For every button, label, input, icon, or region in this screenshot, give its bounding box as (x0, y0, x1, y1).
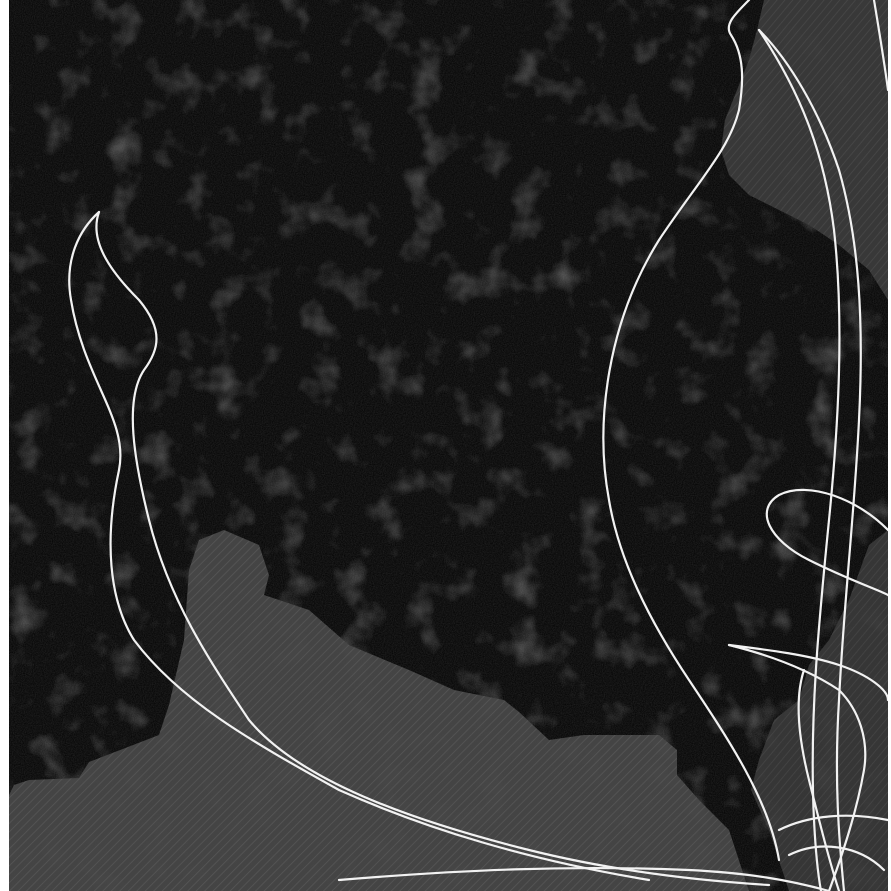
artwork-canvas (9, 0, 888, 891)
abstract-artwork (9, 0, 888, 891)
